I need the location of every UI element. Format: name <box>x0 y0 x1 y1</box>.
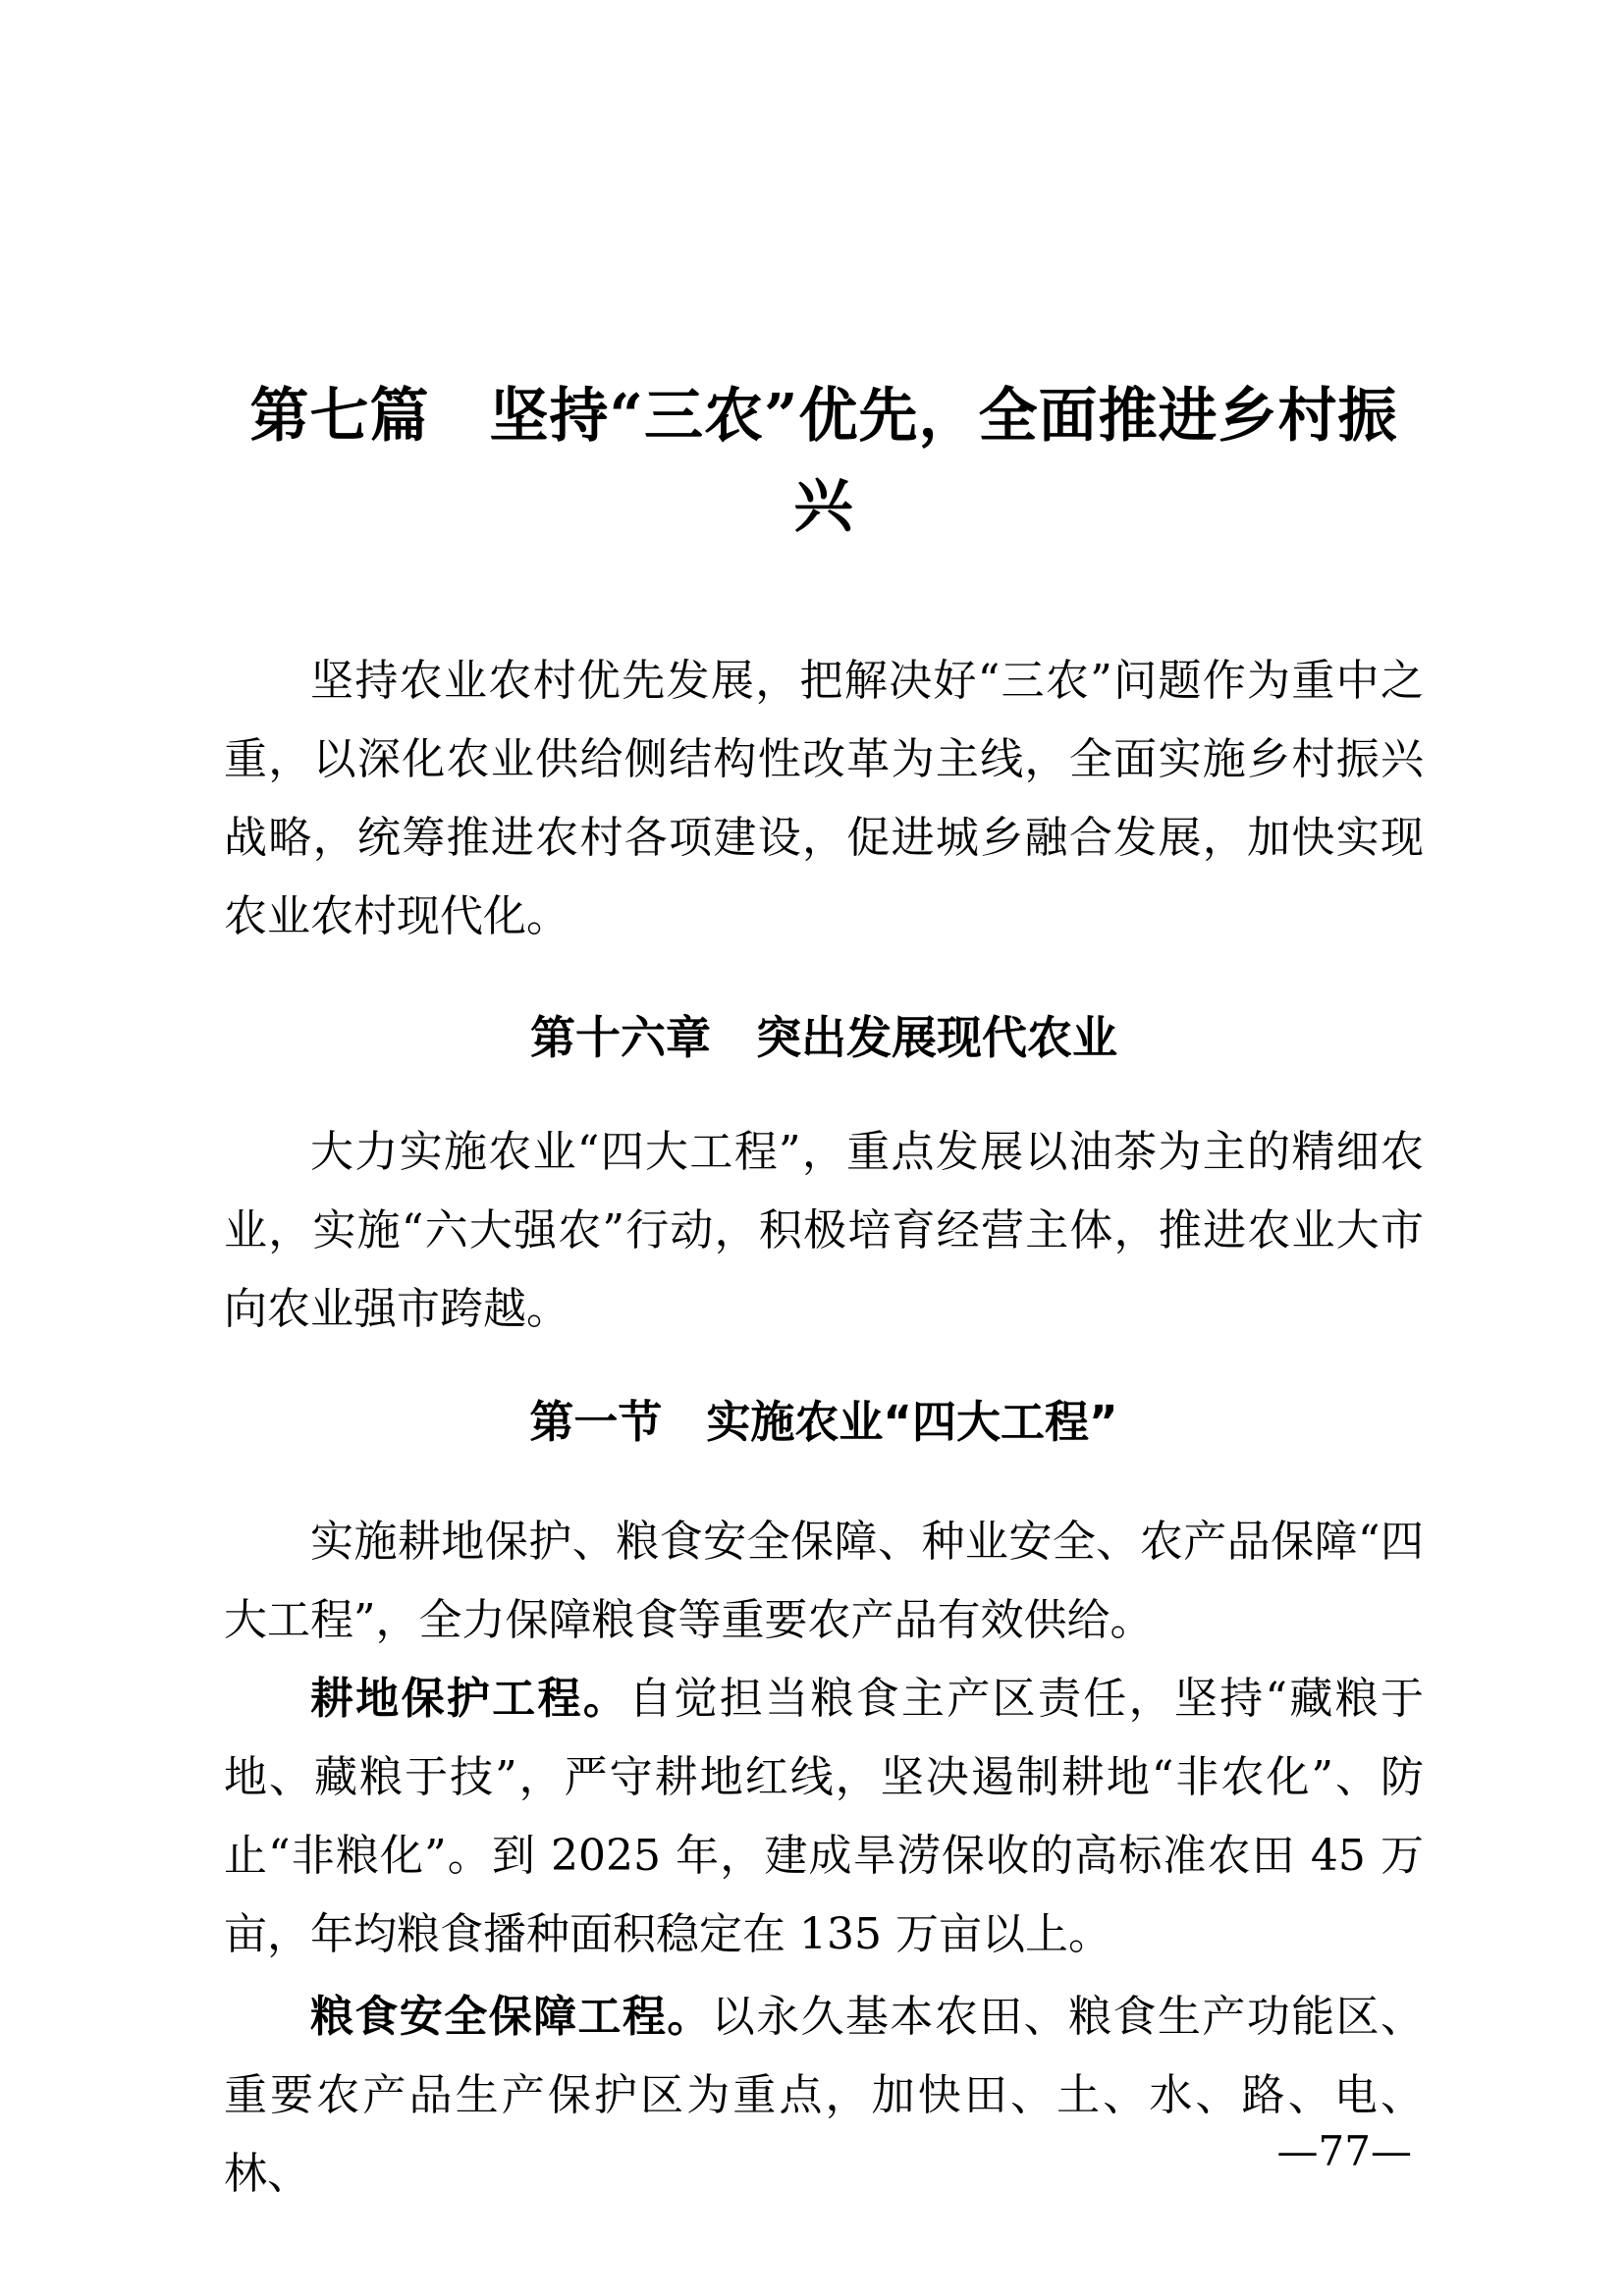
part-title: 第七篇 坚持“三农”优先，全面推进乡村振兴 <box>224 371 1424 552</box>
section-heading: 第一节 实施农业“四大工程” <box>224 1383 1424 1462</box>
document-page: 第七篇 坚持“三农”优先，全面推进乡村振兴 坚持农业农村优先发展，把解决好“三农… <box>0 0 1624 2296</box>
project-paragraph-grain-security: 粮食安全保障工程。以永久基本农田、粮食生产功能区、重要农产品生产保护区为重点，加… <box>224 1978 1424 2214</box>
project-lead-label: 粮食安全保障工程。 <box>310 1992 712 2042</box>
chapter-intro-paragraph: 大力实施农业“四大工程”，重点发展以油茶为主的精细农业，实施“六大强农”行动，积… <box>224 1113 1424 1349</box>
page-content: 第七篇 坚持“三农”优先，全面推进乡村振兴 坚持农业农村优先发展，把解决好“三农… <box>224 0 1424 2214</box>
section-intro-paragraph: 实施耕地保护、粮食安全保障、种业安全、农产品保障“四大工程”，全力保障粮食等重要… <box>224 1503 1424 1660</box>
project-lead-label: 耕地保护工程。 <box>310 1674 628 1724</box>
part-intro-paragraph: 坚持农业农村优先发展，把解决好“三农”问题作为重中之重，以深化农业供给侧结构性改… <box>224 642 1424 956</box>
project-paragraph-farmland-protection: 耕地保护工程。自觉担当粮食主产区责任，坚持“藏粮于地、藏粮于技”，严守耕地红线，… <box>224 1660 1424 1974</box>
chapter-heading: 第十六章 突出发展现代农业 <box>224 998 1424 1077</box>
page-number: —77— <box>1277 2128 1412 2175</box>
